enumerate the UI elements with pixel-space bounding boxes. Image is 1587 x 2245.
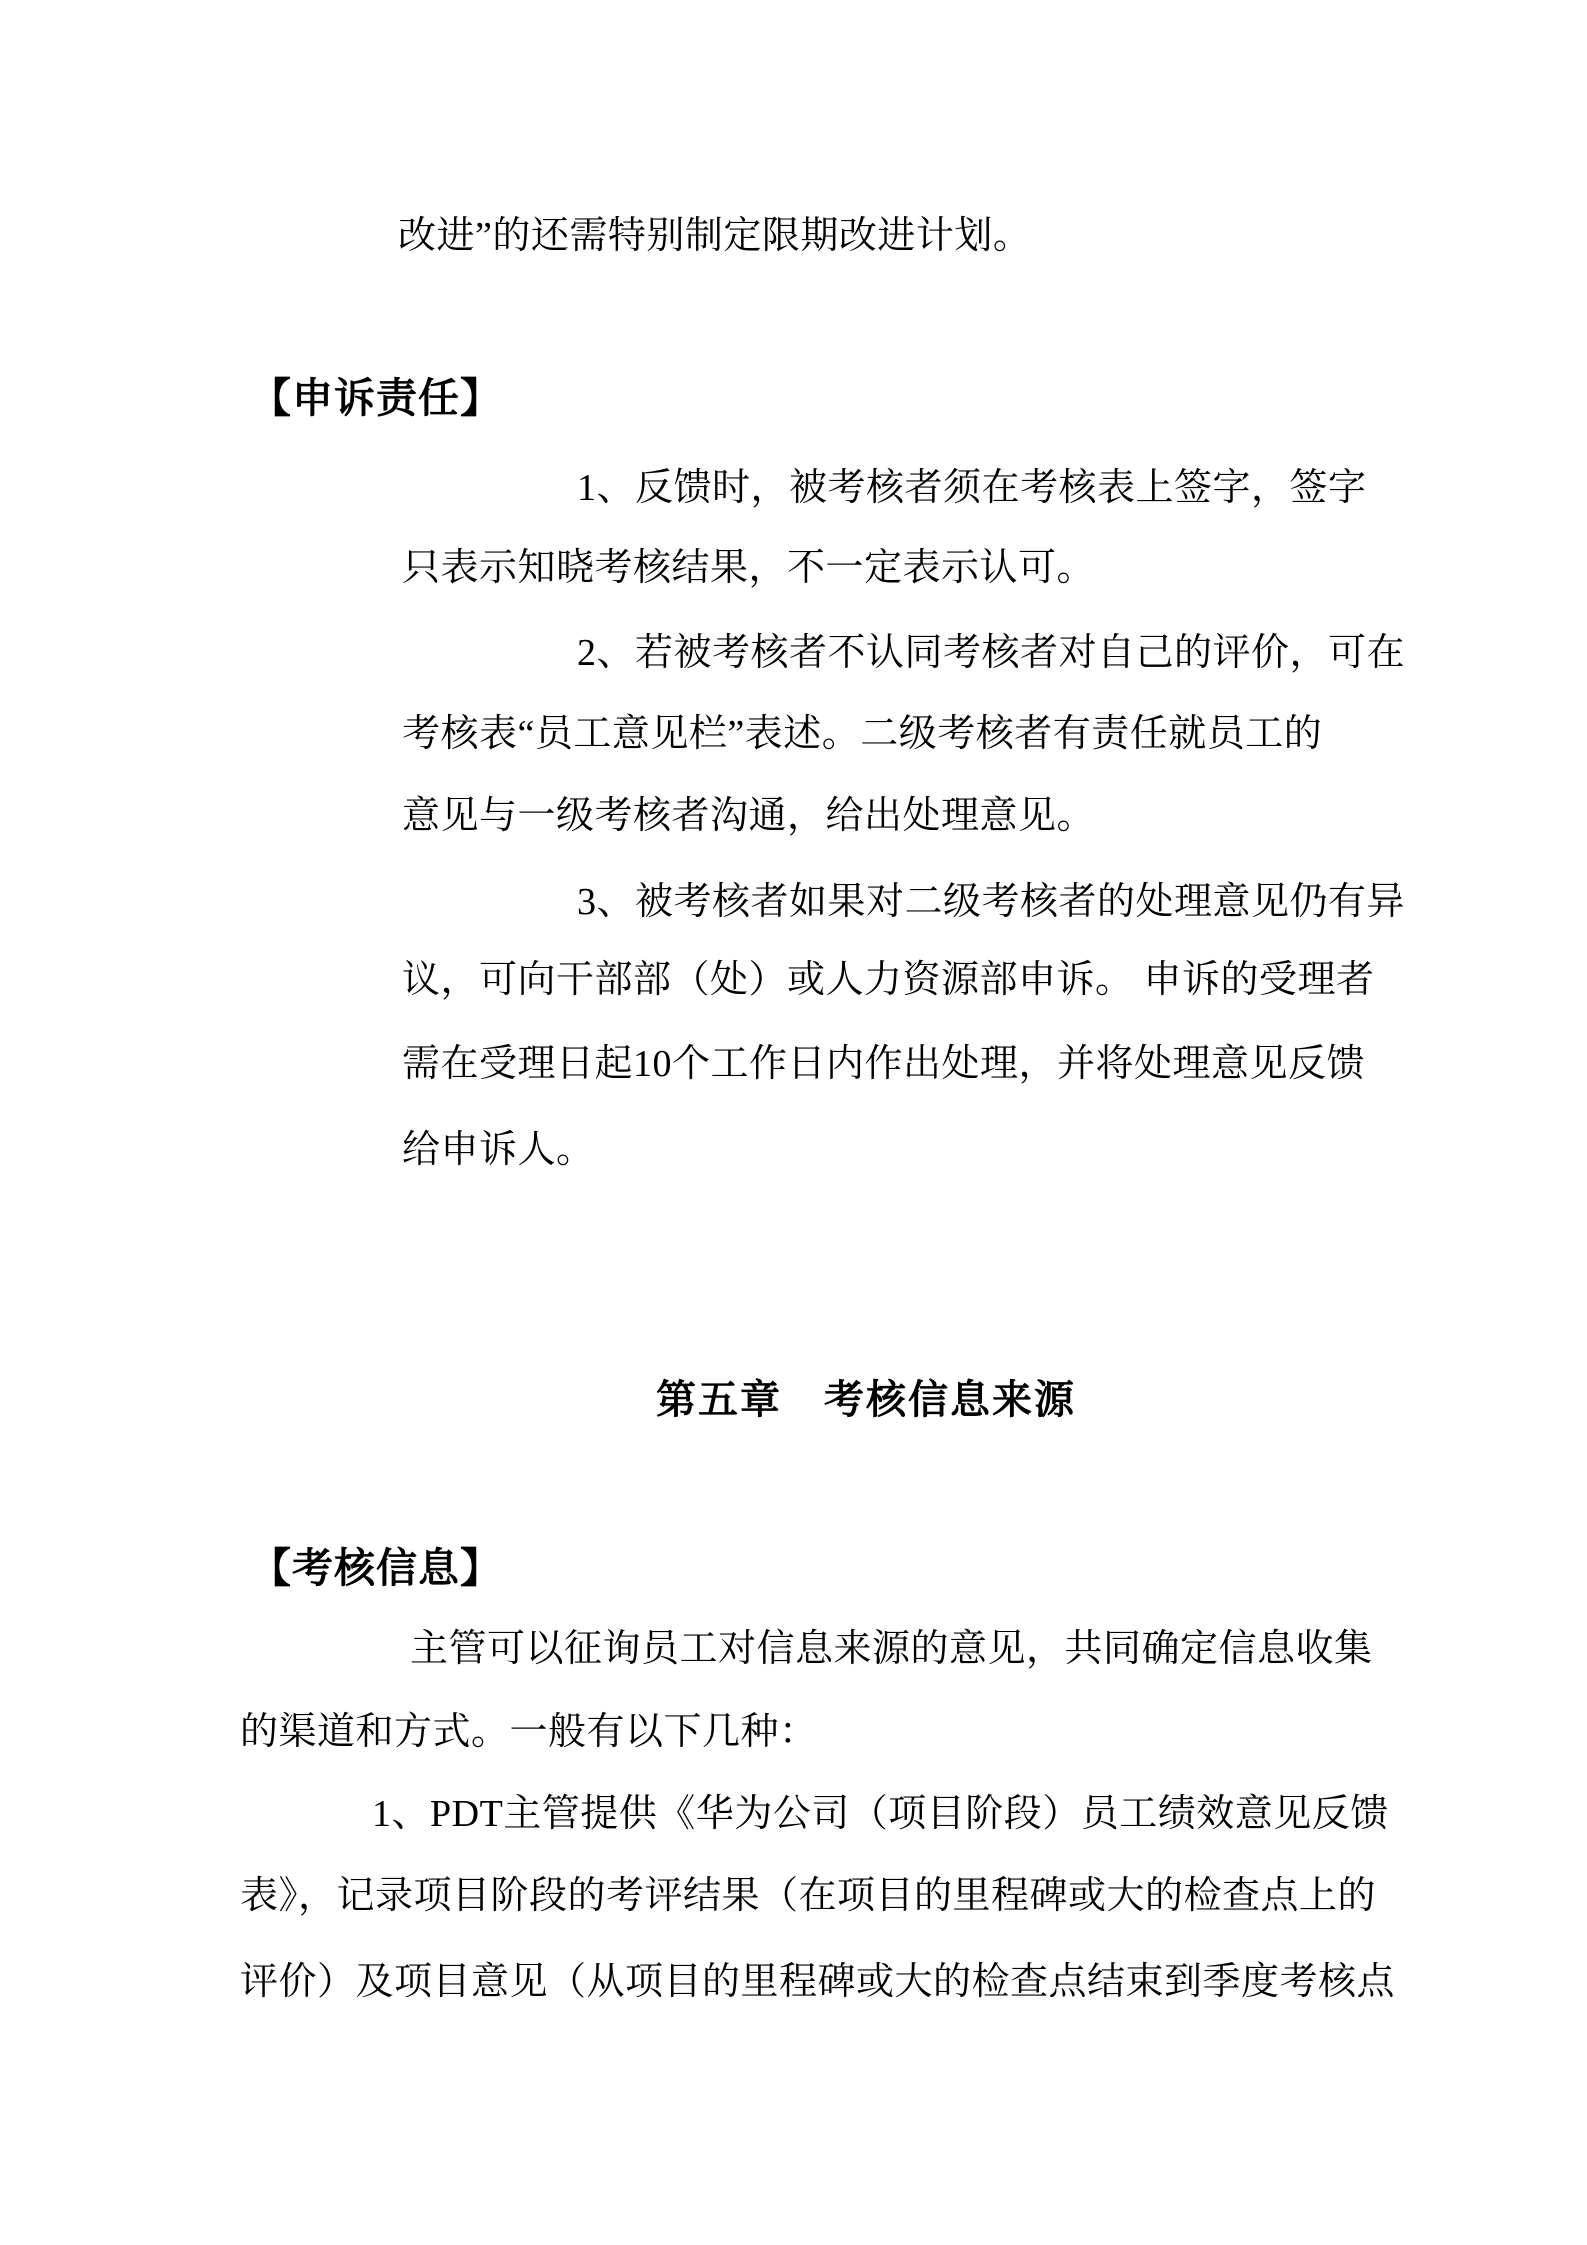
appeal-item-1-line-2: 只表示知晓考核结果，不一定表示认可。 [402,548,1095,590]
appeal-item-2-line-2: 考核表“员工意见栏”表述。二级考核者有责任就员工的 [402,714,1322,756]
appeal-section-heading: 【申诉责任】 [250,376,502,421]
appeal-item-3-line-3: 需在受理日起10个工作日内作出处理，并将处理意见反馈 [402,1044,1365,1086]
carryover-paragraph-line: 改进”的还需特别制定限期改进计划。 [398,216,1031,258]
document-page: 改进”的还需特别制定限期改进计划。 【申诉责任】 1、反馈时，被考核者须在考核表… [0,0,1587,2245]
appeal-item-2-line-3: 意见与一级考核者沟通，给出处理意见。 [402,796,1095,838]
info-section-heading: 【考核信息】 [250,1546,502,1591]
appeal-item-1-line-1: 1、反馈时，被考核者须在考核表上签字，签字 [577,468,1367,510]
appeal-item-3-line-2: 议，可向干部部（处）或人力资源部申诉。 申诉的受理者 [402,960,1375,1002]
info-intro-line-2: 的渠道和方式。一般有以下几种： [240,1712,818,1754]
chapter-heading: 第五章 考核信息来源 [656,1378,1076,1422]
info-item-1-line-3: 评价）及项目意见（从项目的里程碑或大的检查点结束到季度考核点 [240,1962,1395,2004]
info-item-1-line-2: 表》，记录项目阶段的考评结果（在项目的里程碑或大的检查点上的 [240,1876,1376,1918]
appeal-item-2-line-1: 2、若被考核者不认同考核者对自己的评价，可在 [577,633,1405,675]
appeal-item-3-line-4: 给申诉人。 [402,1130,595,1172]
appeal-item-3-line-1: 3、被考核者如果对二级考核者的处理意见仍有异 [577,882,1405,924]
info-intro-line-1: 主管可以征询员工对信息来源的意见，共同确定信息收集 [410,1629,1373,1671]
info-item-1-line-1: 1、PDT主管提供《华为公司（项目阶段）员工绩效意见反馈 [372,1794,1389,1836]
